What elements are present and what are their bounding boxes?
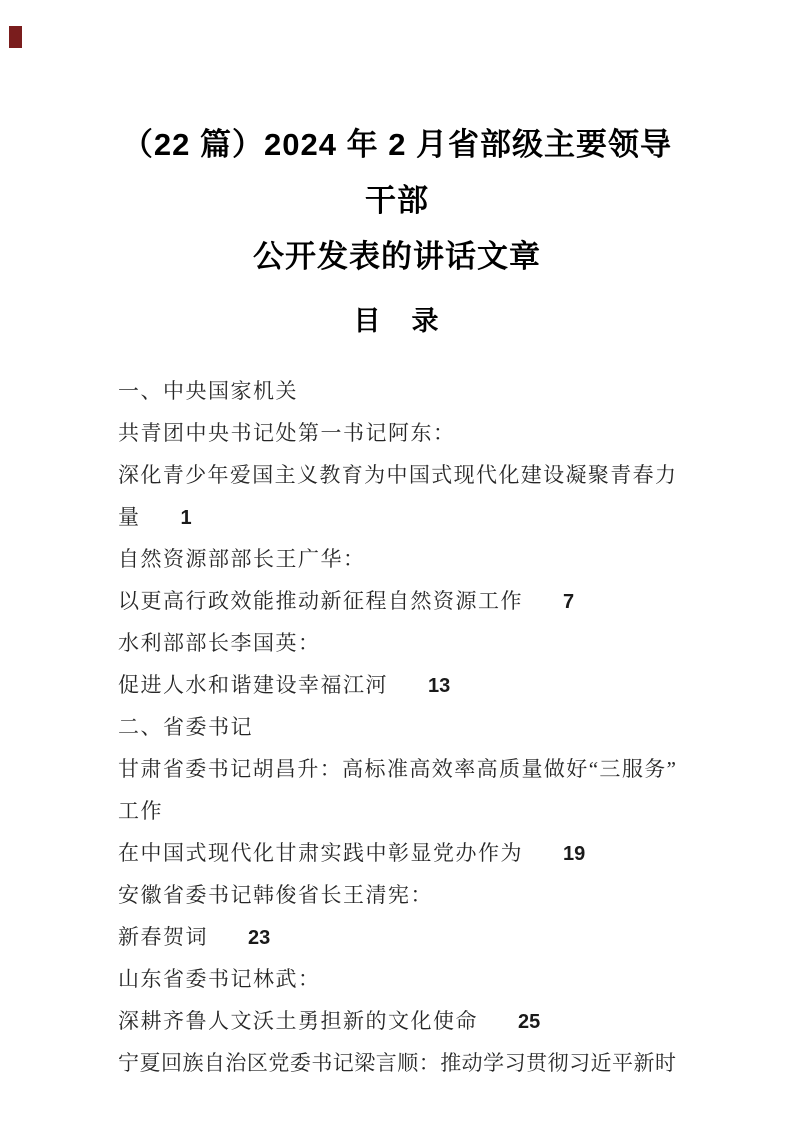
toc-entry: 二、省委书记	[118, 706, 676, 748]
toc-entry: 宁夏回族自治区党委书记梁言顺：推动学习贯彻习近平新时	[118, 1042, 676, 1084]
toc-entry-text: 宁夏回族自治区党委书记梁言顺：推动学习贯彻习近平新时	[118, 1051, 676, 1075]
toc-entry: 新春贺词23	[118, 916, 676, 958]
toc-entry: 甘肃省委书记胡昌升：高标准高效率高质量做好“三服务”	[118, 748, 676, 790]
toc-entry-text: 量	[118, 505, 141, 529]
toc-entry: 深化青少年爱国主义教育为中国式现代化建设凝聚青春力	[118, 454, 676, 496]
toc-entry-text: 促进人水和谐建设幸福江河	[118, 673, 388, 697]
toc-entry: 深耕齐鲁人文沃土勇担新的文化使命25	[118, 1000, 676, 1042]
toc-entry-text: 山东省委书记林武：	[118, 967, 321, 991]
toc-page-number: 19	[563, 833, 585, 875]
document-title-line2: 公开发表的讲话文章	[253, 239, 541, 274]
toc-entry-text: 自然资源部部长王广华：	[118, 547, 366, 571]
toc-entry: 在中国式现代化甘肃实践中彰显党办作为19	[118, 832, 676, 874]
toc-page-number: 7	[563, 581, 574, 623]
toc-entry: 一、中央国家机关	[118, 370, 676, 412]
toc-entry: 以更高行政效能推动新征程自然资源工作7	[118, 580, 676, 622]
table-of-contents: 一、中央国家机关 共青团中央书记处第一书记阿东： 深化青少年爱国主义教育为中国式…	[118, 370, 676, 1084]
document-page: （22 篇）2024 年 2 月省部级主要领导干部公开发表的讲话文章 目 录 一…	[0, 0, 793, 1122]
toc-entry-text: 共青团中央书记处第一书记阿东：	[118, 421, 456, 445]
toc-entry-text: 水利部部长李国英：	[118, 631, 321, 655]
toc-page-number: 25	[518, 1001, 540, 1043]
toc-entry: 水利部部长李国英：	[118, 622, 676, 664]
toc-page-number: 23	[248, 917, 270, 959]
toc-entry-text: 二、省委书记	[118, 715, 253, 739]
toc-entry: 量1	[118, 496, 676, 538]
toc-page-number: 1	[181, 497, 192, 539]
toc-entry-text: 甘肃省委书记胡昌升：高标准高效率高质量做好“三服务”	[118, 757, 676, 781]
toc-entry: 工作	[118, 790, 676, 832]
document-title: （22 篇）2024 年 2 月省部级主要领导干部公开发表的讲话文章	[118, 117, 676, 285]
toc-page-number: 13	[428, 665, 450, 707]
document-content: （22 篇）2024 年 2 月省部级主要领导干部公开发表的讲话文章 目 录 一…	[118, 117, 676, 1084]
toc-entry-text: 一、中央国家机关	[118, 379, 298, 403]
toc-entry-text: 新春贺词	[118, 925, 208, 949]
toc-entry: 安徽省委书记韩俊省长王清宪：	[118, 874, 676, 916]
toc-heading: 目 录	[118, 300, 676, 342]
toc-entry: 山东省委书记林武：	[118, 958, 676, 1000]
toc-entry-text: 在中国式现代化甘肃实践中彰显党办作为	[118, 841, 523, 865]
toc-entry-text: 以更高行政效能推动新征程自然资源工作	[118, 589, 523, 613]
corner-bookmark	[9, 26, 22, 48]
toc-entry-text: 安徽省委书记韩俊省长王清宪：	[118, 883, 433, 907]
toc-entry-text: 深耕齐鲁人文沃土勇担新的文化使命	[118, 1009, 478, 1033]
document-title-line1: （22 篇）2024 年 2 月省部级主要领导干部	[122, 127, 672, 218]
toc-entry-text: 工作	[118, 799, 163, 823]
toc-entry-text: 深化青少年爱国主义教育为中国式现代化建设凝聚青春力	[118, 463, 676, 487]
toc-entry: 自然资源部部长王广华：	[118, 538, 676, 580]
toc-entry: 共青团中央书记处第一书记阿东：	[118, 412, 676, 454]
toc-entry: 促进人水和谐建设幸福江河13	[118, 664, 676, 706]
